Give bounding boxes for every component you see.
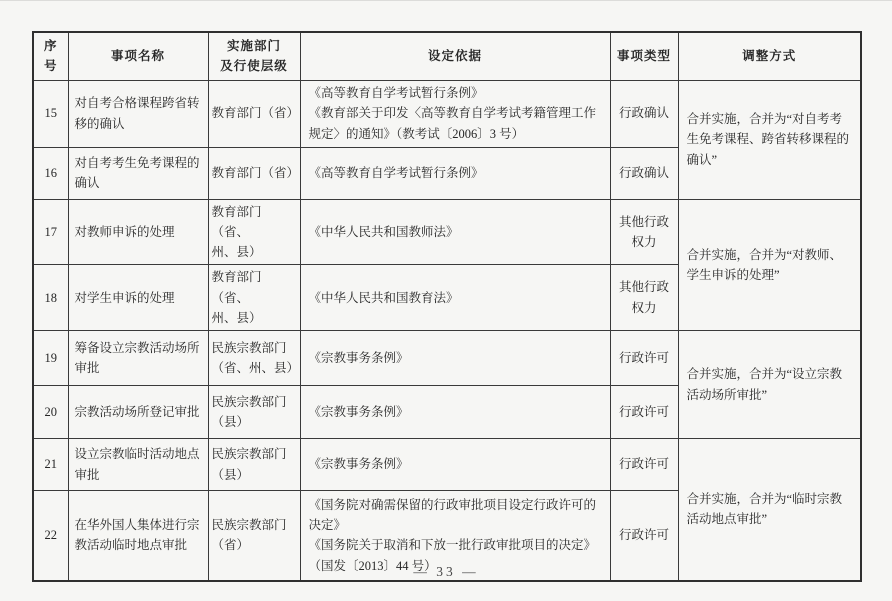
col-header-department: 实施部门 及行使层级 [208, 32, 300, 80]
cell-item-name: 筹备设立宗教活动场所审批 [68, 331, 208, 386]
cell-basis: 《高等教育自学考试暂行条例》 [300, 147, 610, 199]
col-header-type: 事项类型 [610, 32, 678, 80]
cell-type: 其他行政权力 [610, 265, 678, 331]
cell-type: 行政确认 [610, 80, 678, 147]
cell-basis: 《高等教育自学考试暂行条例》 《教育部关于印发〈高等教育自学考试考籍管理工作规定… [300, 80, 610, 147]
cell-number: 18 [33, 265, 68, 331]
cell-item-name: 对自考考生免考课程的确认 [68, 147, 208, 199]
document-page: 序 号 事项名称 实施部门 及行使层级 设定依据 事项类型 调整方式 15 对自… [0, 0, 892, 601]
cell-department: 民族宗教部门 （县） [208, 439, 300, 491]
cell-basis: 《宗教事务条例》 [300, 386, 610, 439]
cell-number: 17 [33, 199, 68, 265]
cell-number: 21 [33, 439, 68, 491]
cell-number: 20 [33, 386, 68, 439]
cell-item-name: 对自考合格课程跨省转移的确认 [68, 80, 208, 147]
cell-type: 行政许可 [610, 331, 678, 386]
cell-department: 教育部门（省、 州、县） [208, 199, 300, 265]
cell-department: 民族宗教部门 （省、州、县） [208, 331, 300, 386]
col-header-adjustment: 调整方式 [678, 32, 861, 80]
cell-adjustment: 合并实施，合并为“临时宗教活动地点审批” [678, 439, 861, 581]
cell-basis: 《中华人民共和国教师法》 [300, 199, 610, 265]
cell-number: 19 [33, 331, 68, 386]
cell-adjustment: 合并实施，合并为“对自考考生免考课程、跨省转移课程的确认” [678, 80, 861, 199]
cell-type: 行政许可 [610, 439, 678, 491]
cell-item-name: 对教师申诉的处理 [68, 199, 208, 265]
cell-basis: 《宗教事务条例》 [300, 439, 610, 491]
table-row: 21 设立宗教临时活动地点审批 民族宗教部门 （县） 《宗教事务条例》 行政许可… [33, 439, 861, 491]
cell-basis: 《中华人民共和国教育法》 [300, 265, 610, 331]
cell-item-name: 设立宗教临时活动地点审批 [68, 439, 208, 491]
table-header-row: 序 号 事项名称 实施部门 及行使层级 设定依据 事项类型 调整方式 [33, 32, 861, 80]
cell-adjustment: 合并实施，合并为“设立宗教活动场所审批” [678, 331, 861, 439]
col-header-number: 序 号 [33, 32, 68, 80]
cell-number: 15 [33, 80, 68, 147]
cell-item-name: 对学生申诉的处理 [68, 265, 208, 331]
items-table: 序 号 事项名称 实施部门 及行使层级 设定依据 事项类型 调整方式 15 对自… [32, 31, 862, 582]
cell-type: 行政确认 [610, 147, 678, 199]
cell-basis: 《宗教事务条例》 [300, 331, 610, 386]
table-row: 15 对自考合格课程跨省转移的确认 教育部门（省） 《高等教育自学考试暂行条例》… [33, 80, 861, 147]
table-row: 19 筹备设立宗教活动场所审批 民族宗教部门 （省、州、县） 《宗教事务条例》 … [33, 331, 861, 386]
cell-type: 其他行政权力 [610, 199, 678, 265]
cell-department: 教育部门（省） [208, 80, 300, 147]
cell-number: 16 [33, 147, 68, 199]
cell-department: 民族宗教部门 （县） [208, 386, 300, 439]
cell-item-name: 宗教活动场所登记审批 [68, 386, 208, 439]
table-row: 17 对教师申诉的处理 教育部门（省、 州、县） 《中华人民共和国教师法》 其他… [33, 199, 861, 265]
col-header-basis: 设定依据 [300, 32, 610, 80]
cell-type: 行政许可 [610, 386, 678, 439]
col-header-item-name: 事项名称 [68, 32, 208, 80]
cell-department: 教育部门（省、 州、县） [208, 265, 300, 331]
cell-adjustment: 合并实施，合并为“对教师、学生申诉的处理” [678, 199, 861, 331]
cell-department: 教育部门（省） [208, 147, 300, 199]
page-number: — 33 — [0, 564, 892, 580]
